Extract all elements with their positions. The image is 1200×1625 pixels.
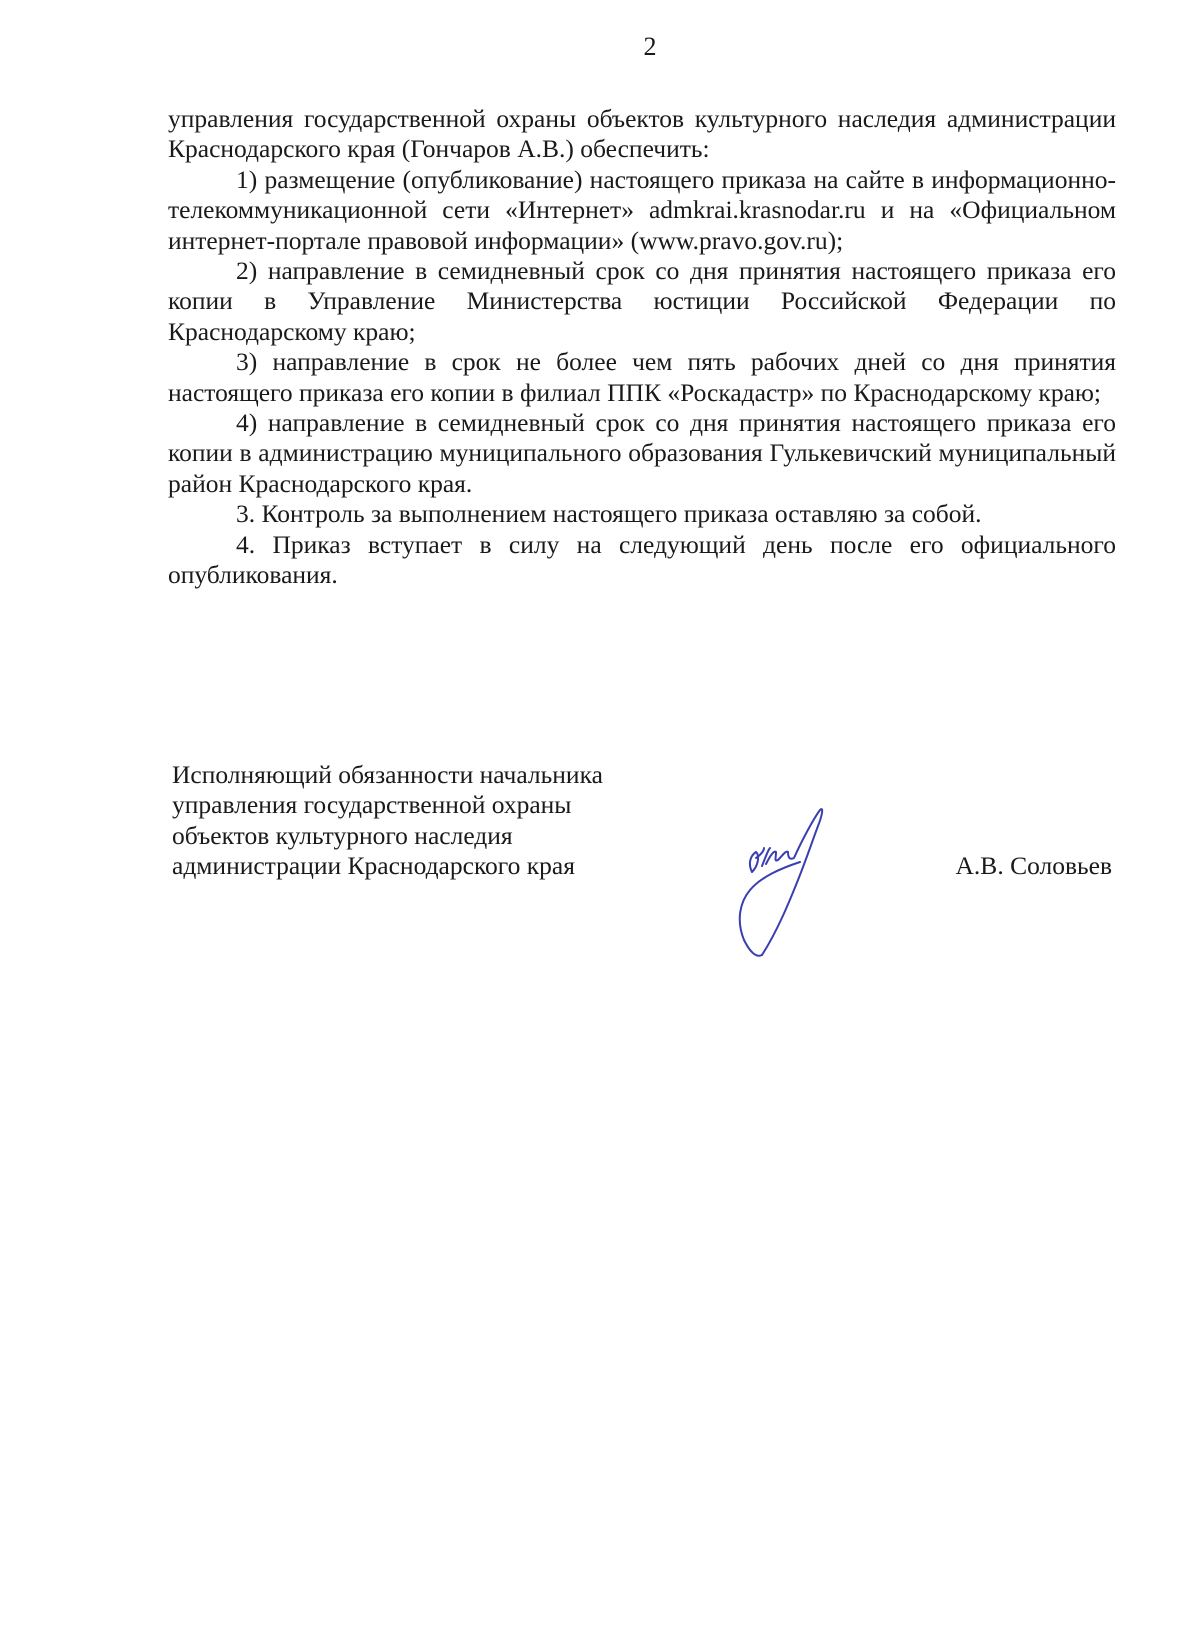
paragraph-intro: управления государственной охраны объект… xyxy=(168,104,1116,165)
signatory-name: А.В. Соловьев xyxy=(956,851,1112,881)
page-number: 2 xyxy=(0,32,1200,62)
paragraph-item-4: 4) направление в семидневный срок со дня… xyxy=(168,408,1116,499)
signatory-title-line: администрации Краснодарского края xyxy=(172,851,603,881)
paragraph-item-2: 2) направление в семидневный срок со дня… xyxy=(168,256,1116,347)
document-body: управления государственной охраны объект… xyxy=(168,104,1116,591)
signatory-title: Исполняющий обязанности начальника управ… xyxy=(172,760,603,882)
signature-block: Исполняющий обязанности начальника управ… xyxy=(172,760,1112,960)
handwritten-signature-icon xyxy=(722,800,842,970)
paragraph-item-3: 3) направление в срок не более чем пять … xyxy=(168,347,1116,408)
signatory-title-line: Исполняющий обязанности начальника xyxy=(172,760,603,790)
signatory-title-line: управления государственной охраны xyxy=(172,790,603,820)
paragraph-clause-4: 4. Приказ вступает в силу на следующий д… xyxy=(168,530,1116,591)
paragraph-item-1: 1) размещение (опубликование) настоящего… xyxy=(168,165,1116,256)
signatory-title-line: объектов культурного наследия xyxy=(172,821,603,851)
paragraph-clause-3: 3. Контроль за выполнением настоящего пр… xyxy=(168,499,1116,529)
